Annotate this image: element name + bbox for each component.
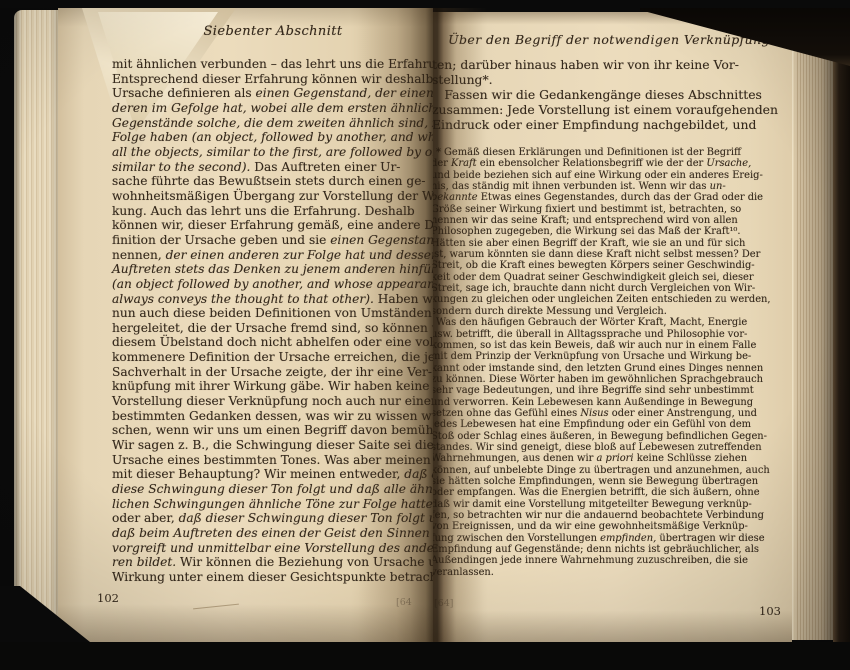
text-line: sondern durch direkte Messung und Vergle… <box>433 306 771 317</box>
text-line: Wahrnehmungen, aus denen wir a priori ke… <box>433 453 771 464</box>
text-line: mit dieser Behauptung? Wir meinen entwed… <box>112 467 433 482</box>
text-line: ren bildet. Wir können die Beziehung von… <box>112 555 433 570</box>
text-line: nis, das ständig mit ihnen verbunden ist… <box>433 181 771 192</box>
text-line: oder empfangen. Was die Energien betriff… <box>433 487 771 498</box>
text-line: stellung*. <box>433 72 778 87</box>
page-stack-edge-left <box>14 10 58 640</box>
bottom-border <box>0 642 850 670</box>
left-page-number: 102 <box>97 591 119 605</box>
text-line: all the objects, similar to the first, a… <box>112 145 433 160</box>
text-line: zu können. Diese Wörter haben im gewöhnl… <box>433 374 771 385</box>
text-line: und verworren. Kein Lebewesen kann Außen… <box>433 397 771 408</box>
text-line: knüpfung mit ihrer Wirkung gäbe. Wir hab… <box>112 379 433 394</box>
text-line: bestimmten Gedanken dessen, was wir zu w… <box>112 409 433 424</box>
text-line: schen, wenn wir uns um einen Begriff dav… <box>112 423 433 438</box>
text-line: kannt oder imstande sind, den letzten Gr… <box>433 363 771 374</box>
right-page-body: ten; darüber hinaus haben wir von ihr ke… <box>439 57 778 132</box>
right-signature-mark: [64] <box>434 598 454 609</box>
text-line: nun auch diese beiden Definitionen von U… <box>112 306 433 321</box>
text-line: können, auf unbelebte Dinge zu übertrage… <box>433 465 771 476</box>
text-line: Philosophen zugegeben, die Wirkung sei d… <box>433 226 771 237</box>
text-line: Ursache eines bestimmten Tones. Was aber… <box>112 453 433 468</box>
text-line: sie hätten solche Empfindungen, wenn sie… <box>433 476 771 487</box>
text-line: Wirkung unter einem dieser Gesichtspunkt… <box>112 570 433 585</box>
text-line: sache führte das Bewußtsein stets durch … <box>112 174 433 189</box>
text-line: Außendingen jede innere Wahrnehmung zuzu… <box>433 555 771 566</box>
left-running-head: Siebenter Abschnitt <box>112 24 433 39</box>
text-line: standes. Wir sind geneigt, diese bloß au… <box>433 442 771 453</box>
text-line: setzen ohne das Gefühl eines Nisus oder … <box>433 408 771 419</box>
book-photo: Siebenter Abschnitt mit ähnlichen verbun… <box>0 0 850 670</box>
text-line: veranlassen. <box>433 567 771 578</box>
text-line: daß beim Auftreten des einen der Geist d… <box>112 526 433 541</box>
text-line: hergeleitet, die der Ursache fremd sind,… <box>112 321 433 336</box>
text-line: deren im Gefolge hat, wobei alle dem ers… <box>112 101 433 116</box>
right-page: Über den Begriff der notwendigen Verknüp… <box>433 12 792 642</box>
text-line: keit oder dem Quadrat seiner Geschwindig… <box>433 272 771 283</box>
right-page-number: 103 <box>759 604 781 618</box>
text-line: finition der Ursache geben und sie einen… <box>112 233 433 248</box>
text-line: der Kraft ein ebensolcher Relationsbegri… <box>433 158 771 169</box>
text-line: und beide beziehen sich auf eine Wirkung… <box>433 170 771 181</box>
text-line: Entsprechend dieser Erfahrung können wir… <box>112 72 433 87</box>
left-page-body: mit ähnlichen verbunden – das lehrt uns … <box>112 57 433 585</box>
text-line: Hätten sie aber einen Begriff der Kraft,… <box>433 238 771 249</box>
text-line: sehr vage Bedeutungen, und ihre Begriffe… <box>433 385 771 396</box>
text-line: Was den häufigen Gebrauch der Wörter Kra… <box>433 317 771 328</box>
text-line: nennen, der einen anderen zur Folge hat … <box>112 248 433 263</box>
text-line: fen, so betrachten wir nur die andauernd… <box>433 510 771 521</box>
text-line: always conveys the thought to that other… <box>112 292 433 307</box>
book-cover-edge <box>833 8 850 648</box>
text-line: nennen wir das seine Kraft; und entsprec… <box>433 215 771 226</box>
text-line: diese Schwingung dieser Ton folgt und da… <box>112 482 433 497</box>
text-line: kommen, so ist das kein Beweis, daß wir … <box>433 340 771 351</box>
text-line: diesem Übelstand doch nicht abhelfen ode… <box>112 335 433 350</box>
text-line: mit ähnlichen verbunden – das lehrt uns … <box>112 57 433 72</box>
text-line: Auftreten stets das Denken zu jenem ande… <box>112 262 433 277</box>
text-line: Wir sagen z. B., die Schwingung dieser S… <box>112 438 433 453</box>
text-line: bekannte Etwas eines Gegenstandes, durch… <box>433 192 771 203</box>
text-line: Folge haben (an object, followed by anot… <box>112 130 433 145</box>
text-line: kommenere Definition der Ursache erreich… <box>112 350 433 365</box>
text-line: (an object followed by another, and whos… <box>112 277 433 292</box>
text-line: Ursache definieren als einen Gegenstand,… <box>112 86 433 101</box>
text-line: kungen zu gleichen oder ungleichen Zeite… <box>433 294 771 305</box>
text-line: Sachverhalt in der Ursache zeigte, der i… <box>112 365 433 380</box>
text-line: ten; darüber hinaus haben wir von ihr ke… <box>433 57 778 72</box>
text-line: daß wir damit eine Vorstellung mitgeteil… <box>433 499 771 510</box>
text-line: Empfindung auf Gegenstände; denn nichts … <box>433 544 771 555</box>
text-line: ist, warum könnten sie dann diese Kraft … <box>433 249 771 260</box>
text-line: Größe seiner Wirkung fixiert und bestimm… <box>433 204 771 215</box>
left-page: Siebenter Abschnitt mit ähnlichen verbun… <box>58 8 433 642</box>
text-line: usw. betrifft, die überall in Alltagsspr… <box>433 329 771 340</box>
text-line: von Ereignissen, und da wir eine gewohnh… <box>433 521 771 532</box>
scratch-mark <box>193 604 239 610</box>
text-line: vorgreift und unmittelbar eine Vorstellu… <box>112 541 433 556</box>
text-line: similar to the second). Das Auftreten ei… <box>112 160 433 175</box>
text-line: Eindruck oder einer Empfindung nachgebil… <box>433 117 778 132</box>
text-line: oder aber, daß dieser Schwingung dieser … <box>112 511 433 526</box>
text-line: Streit, ob die Kraft eines bewegten Körp… <box>433 260 771 271</box>
text-line: wohnheitsmäßigen Übergang zur Vorstellun… <box>112 189 433 204</box>
text-line: mit dem Prinzip der Verknüpfung von Ursa… <box>433 351 771 362</box>
text-line: * Gemäß diesen Erklärungen und Definitio… <box>433 147 771 158</box>
text-line: Gegenstände solche, die dem zweiten ähnl… <box>112 116 433 131</box>
text-line: zusammen: Jede Vorstellung ist einem vor… <box>433 102 778 117</box>
text-line: lichen Schwingungen ähnliche Töne zur Fo… <box>112 497 433 512</box>
text-line: können wir, dieser Erfahrung gemäß, eine… <box>112 218 433 233</box>
text-line: Stoß oder Schlag eines äußeren, in Beweg… <box>433 431 771 442</box>
right-page-footnote: * Gemäß diesen Erklärungen und Definitio… <box>438 147 771 578</box>
text-line: Streit, sage ich, brauchte dann nicht du… <box>433 283 771 294</box>
top-border <box>0 0 850 8</box>
text-line: Fassen wir die Gedankengänge dieses Absc… <box>433 87 778 102</box>
text-line: Vorstellung dieser Verknüpfung noch auch… <box>112 394 433 409</box>
text-line: kung. Auch das lehrt uns die Erfahrung. … <box>112 204 433 219</box>
text-line: fung zwischen den Vorstellungen empfinde… <box>433 533 771 544</box>
page-stack-edge-right <box>792 14 834 640</box>
left-signature-mark: [64 <box>396 597 412 608</box>
text-line: jedes Lebewesen hat eine Empfindung oder… <box>433 419 771 430</box>
